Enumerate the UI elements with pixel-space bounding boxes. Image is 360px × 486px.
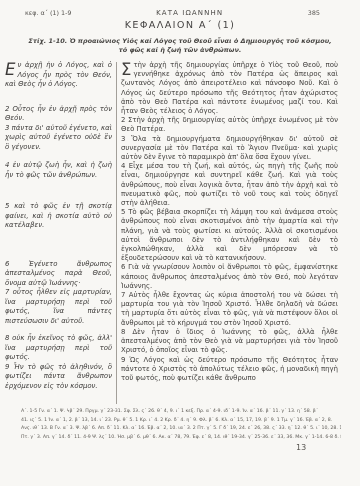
original-verse-6: 6 Ἐγένετο ἄνθρωπος ἀπεσταλμένος παρὰ Θεο…	[5, 260, 112, 289]
original-text-column: Εν ἀρχῇ ἦν ὁ Λόγος, καὶ ὁ Λόγος ἦν πρὸς …	[5, 61, 112, 405]
column-divider	[116, 62, 117, 404]
translation-verse-7: 7 Αὐτὸς ἦλθε ἔχοντας ὡς κύρια ἀποστολή τ…	[121, 291, 338, 328]
translation-verse-5: 5 Τὸ φῶς βέβαια σκορπίζει τὴ λάμψη του κ…	[121, 208, 338, 263]
translation-verse-2: 2 Στὴν ἀρχὴ τῆς δημιουργίας αὐτὸς ὑπῆρχε…	[121, 116, 338, 134]
original-verse-1: Εν ἀρχῇ ἦν ὁ Λόγος, καὶ ὁ Λόγος ἦν πρὸς …	[5, 61, 112, 90]
running-head-page-number: 385	[308, 9, 320, 17]
dropcap-translation: Σ	[121, 62, 131, 78]
dropcap-original: Ε	[5, 62, 15, 78]
translation-verse-1: Στὴν ἀρχὴ τῆς δημιουργίας ὑπῆρχε ὁ Υἱὸς …	[121, 61, 338, 116]
summary-line-2: τό φῶς καί ἡ ζωή τῶν ἀνθρώπων.	[20, 46, 340, 55]
section-summary: Στίχ. 1-10. Ὁ προαιώνιος Υἱός καί Λόγος …	[20, 37, 340, 54]
original-verse-9: 9 Ἦν τὸ φῶς τὸ ἀληθινόν, ὃ φωτίζει πάντα…	[5, 363, 112, 392]
translation-column: Στὴν ἀρχὴ τῆς δημιουργίας ὑπῆρχε ὁ Υἱὸς …	[121, 61, 338, 405]
translation-verse-4: 4 Εἶχε μέσα του τὴ ζωή, καὶ αὐτός, ὡς πη…	[121, 162, 338, 208]
page-number-bottom: 13	[296, 443, 306, 452]
footnote-line-3: Ανς. ιθ΄ 13. Β Γν. α΄ 3. Ψ. λβ΄ 6. Απ. δ…	[21, 425, 341, 434]
original-verse-4: 4 ἐν αὐτῷ ζωὴ ἦν, καὶ ἡ ζωὴ ἦν τὸ φῶς τῶ…	[5, 161, 112, 180]
footnote-line-4: Πτ. γ΄ 3. Απ. γ΄ 14. δ΄ 11. 4-9 Ψ. λς΄ 1…	[21, 434, 341, 443]
translation-verse-8: 8 Δὲν ἦταν ὁ ἴδιος ὁ Ἰωάννης τὸ φῶς, ἀλλ…	[121, 328, 338, 356]
footnote-line-2: 41. ις΄ 5. 1 Ἰν. α΄ 1, 2. β΄ 13, 14. ι΄ …	[21, 417, 341, 426]
original-verse-8: 8 οὐκ ἦν ἐκεῖνος τὸ φῶς, ἀλλ' ἵνα μαρτυρ…	[5, 334, 112, 363]
running-head: κεφ. α΄ (1) 1-9 ΚΑΤΑ ΙΩΑΝΝΗΝ 385	[25, 9, 320, 19]
translation-verse-3: 3 Ὅλα τὰ δημιουργήματα δημιουργήθηκαν δι…	[121, 135, 338, 163]
running-head-chapter-ref: κεφ. α΄ (1) 1-9	[25, 9, 71, 17]
translation-verse-6: 6 Γιὰ νὰ γνωρίσουν λοιπὸν οἱ ἄνθρωποι τὸ…	[121, 263, 338, 291]
original-verse-7: 7 οὗτος ἦλθεν εἰς μαρτυρίαν, ἵνα μαρτυρή…	[5, 288, 112, 326]
original-verse-2: 2 Οὗτος ἦν ἐν ἀρχῇ πρὸς τὸν Θεόν.	[5, 105, 112, 124]
original-verse-5: 5 καὶ τὸ φῶς ἐν τῇ σκοτίᾳ φαίνει, καὶ ἡ …	[5, 202, 112, 231]
original-verse-3: 3 πάντα δι' αὐτοῦ ἐγένετο, καὶ χωρὶς αὐτ…	[5, 124, 112, 153]
summary-line-1: Στίχ. 1-10. Ὁ προαιώνιος Υἱός καί Λόγος …	[20, 37, 340, 46]
book-page: κεφ. α΄ (1) 1-9 ΚΑΤΑ ΙΩΑΝΝΗΝ 385 ΚΕΦΑΛΑΙ…	[0, 0, 360, 486]
running-head-book-title: ΚΑΤΑ ΙΩΑΝΝΗΝ	[156, 9, 223, 17]
two-column-body: Εν ἀρχῇ ἦν ὁ Λόγος, καὶ ὁ Λόγος ἦν πρὸς …	[5, 61, 338, 405]
footnote-line-1: Α΄. 1-5 Γν. α΄ 1. Ψ. ϟβ΄ 29. Πργμ. γ΄ 23…	[21, 408, 341, 417]
translation-verse-9: 9 Ὡς Λόγος καὶ ὡς δεύτερο πρόσωπο τῆς Θε…	[121, 356, 338, 384]
chapter-heading: ΚΕΦΑΛΑΙΟΝ Α΄ (1)	[0, 20, 360, 31]
footnotes-block: Α΄. 1-5 Γν. α΄ 1. Ψ. ϟβ΄ 29. Πργμ. γ΄ 23…	[21, 408, 341, 442]
